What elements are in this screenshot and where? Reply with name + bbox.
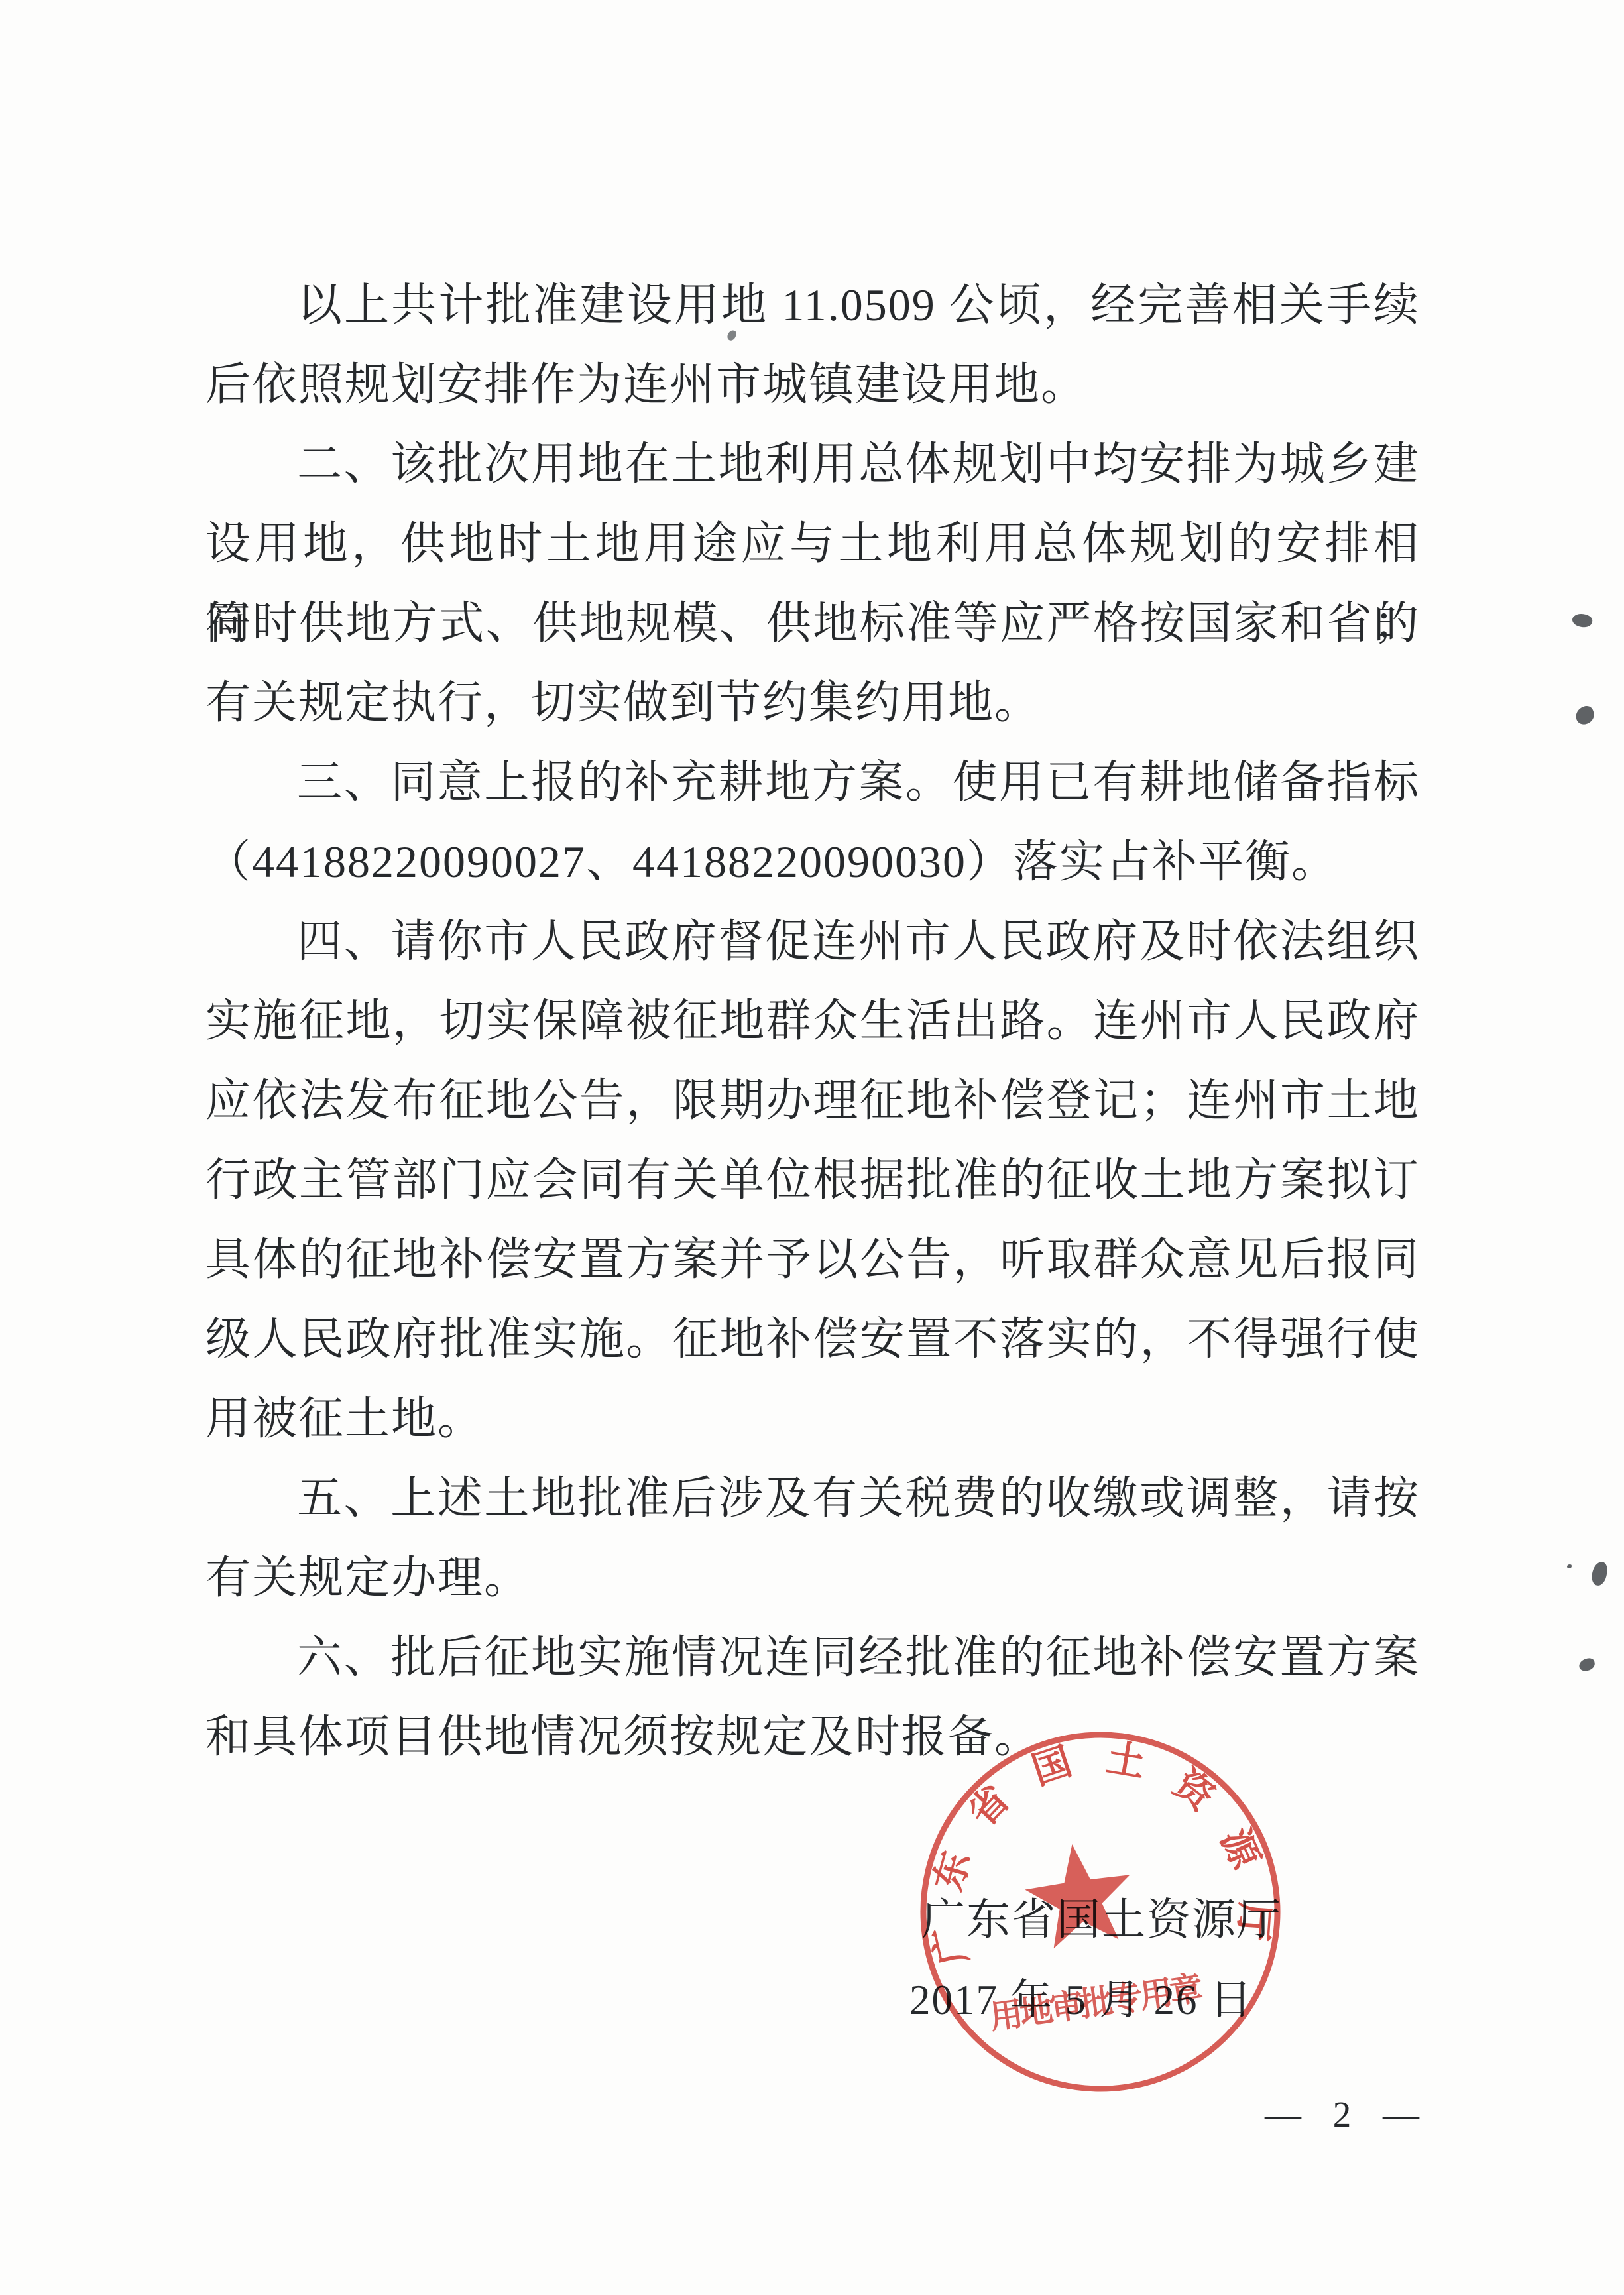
body-line: 同时供地方式、供地规模、供地标准等应严格按国家和省的 bbox=[205, 583, 1420, 663]
body-line: 级人民政府批准实施。征地补偿安置不落实的，不得强行使 bbox=[205, 1299, 1420, 1379]
body-line: 具体的征地补偿安置方案并予以公告，听取群众意见后报同 bbox=[205, 1220, 1420, 1299]
body-line: 行政主管部门应会同有关单位根据批准的征收土地方案拟订 bbox=[205, 1140, 1420, 1220]
ink-mark bbox=[1578, 1657, 1595, 1673]
body-line: 应依法发布征地公告，限期办理征地补偿登记；连州市土地 bbox=[205, 1061, 1420, 1140]
body-line: （44188220090027、44188220090030）落实占补平衡。 bbox=[205, 822, 1420, 902]
seal-inner-text: 用地审批专用章 bbox=[988, 1970, 1206, 2036]
body-line: 有关规定办理。 bbox=[205, 1538, 1420, 1618]
document-page: 以上共计批准建设用地 11.0509 公顷，经完善相关手续 后依照规划安排作为连… bbox=[0, 0, 1624, 2295]
body-line: 设用地，供地时土地用途应与土地利用总体规划的安排相符； bbox=[205, 504, 1420, 583]
body-line: 二、该批次用地在土地利用总体规划中均安排为城乡建 bbox=[205, 424, 1420, 504]
ink-mark bbox=[1573, 704, 1596, 727]
body-line: 后依照规划安排作为连州市城镇建设用地。 bbox=[205, 345, 1420, 424]
body-line: 五、上述土地批准后涉及有关税费的收缴或调整，请按 bbox=[205, 1458, 1420, 1538]
body-line: 实施征地，切实保障被征地群众生活出路。连州市人民政府 bbox=[205, 981, 1420, 1061]
page-number: — 2 — bbox=[1265, 2093, 1419, 2135]
body-line: 三、同意上报的补充耕地方案。使用已有耕地储备指标 bbox=[205, 742, 1420, 822]
seal-star-icon bbox=[1019, 1837, 1138, 1952]
official-seal: 广东省国土资源厅 用地审批专用章 bbox=[876, 1687, 1325, 2137]
ink-mark bbox=[1567, 1564, 1572, 1568]
ink-mark bbox=[1591, 1561, 1609, 1587]
ink-mark bbox=[1571, 611, 1594, 629]
body-line: 六、批后征地实施情况连同经批准的征地补偿安置方案 bbox=[205, 1618, 1420, 1697]
seal-arc-text: 广东省国土资源厅 bbox=[901, 1714, 1281, 1990]
body-line: 四、请你市人民政府督促连州市人民政府及时依法组织 bbox=[205, 902, 1420, 981]
body-line: 用被征土地。 bbox=[205, 1379, 1420, 1458]
body-line: 以上共计批准建设用地 11.0509 公顷，经完善相关手续 bbox=[205, 265, 1420, 345]
body-line: 有关规定执行，切实做到节约集约用地。 bbox=[205, 663, 1420, 742]
